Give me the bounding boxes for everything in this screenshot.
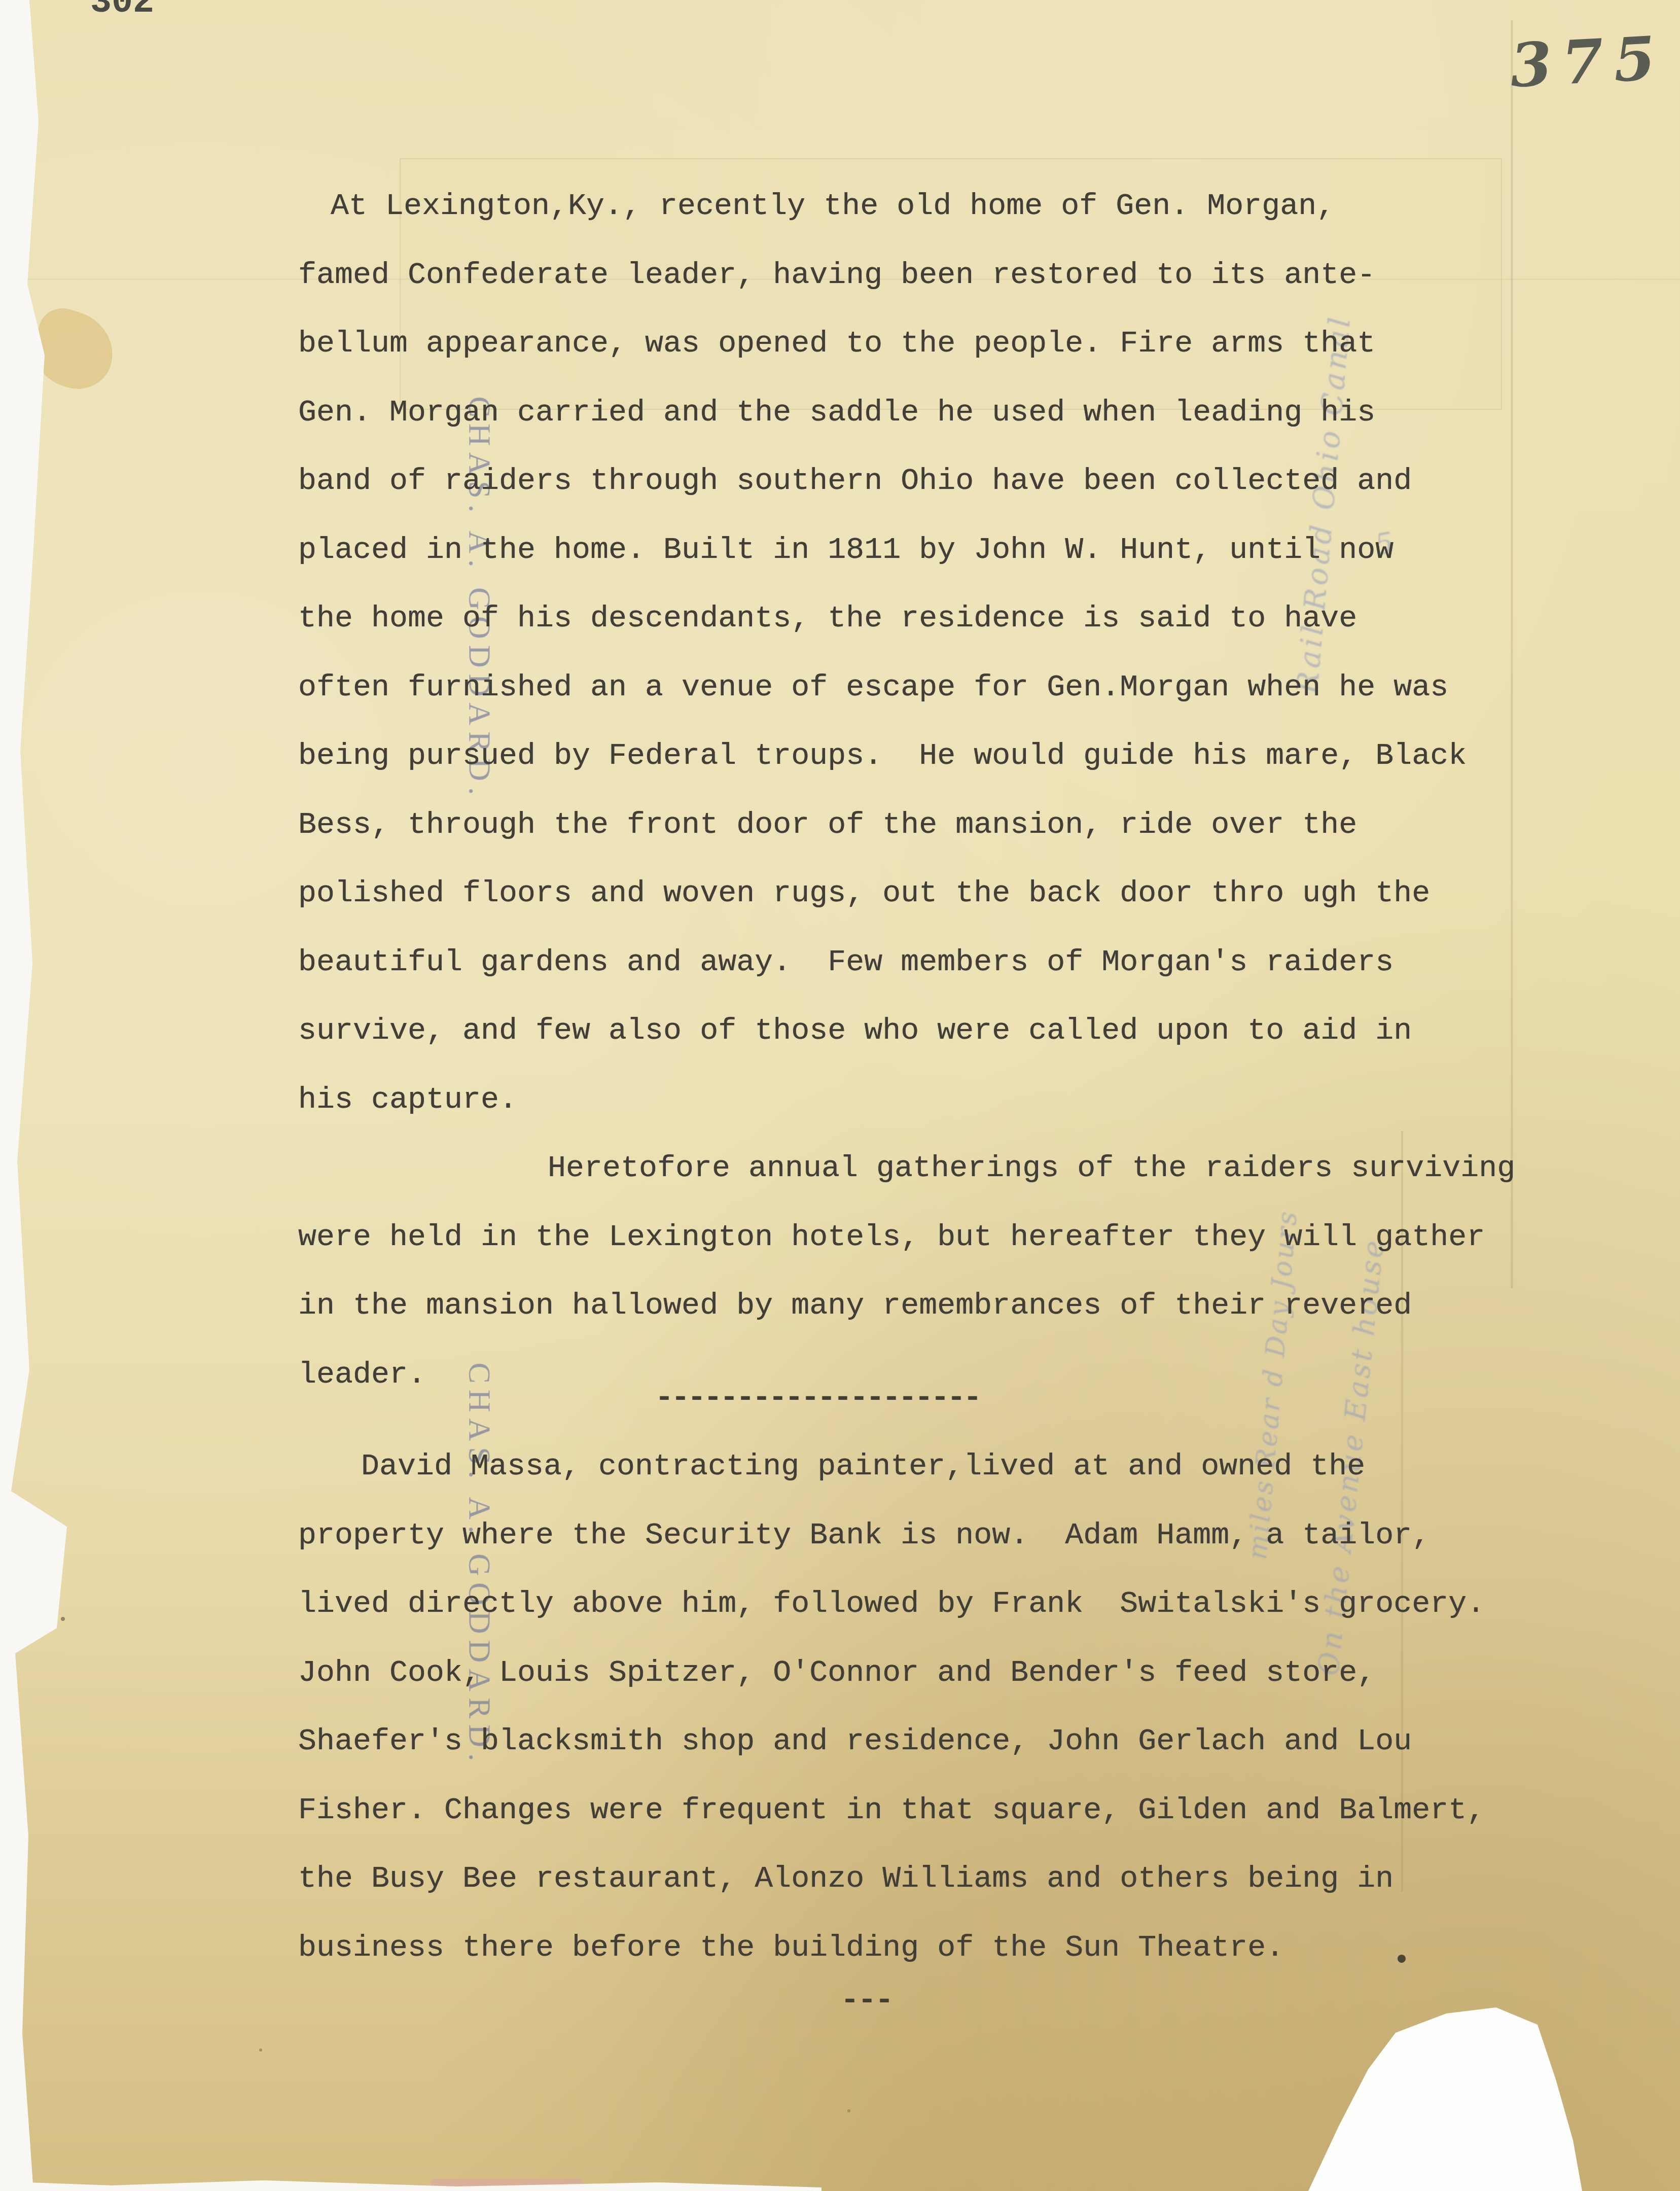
typed-line: Heretofore annual gatherings of the raid… bbox=[298, 1135, 1515, 1204]
typed-line: bellum appearance, was opened to the peo… bbox=[298, 310, 1467, 379]
scanned-document-page: 302 375 CHAS. A. GODDARD. CHAS. A. GODDA… bbox=[0, 0, 1680, 2191]
typed-line: beautiful gardens and away. Few members … bbox=[298, 929, 1467, 998]
typed-paragraph-morgan-home: At Lexington,Ky., recently the old home … bbox=[298, 172, 1467, 1135]
typed-divider-short: --- bbox=[841, 1967, 892, 2036]
typed-line: property where the Security Bank is now.… bbox=[298, 1502, 1485, 1571]
typed-line: David Massa, contracting painter,lived a… bbox=[298, 1433, 1485, 1502]
typed-line: his capture. bbox=[298, 1066, 1467, 1135]
typed-line: in the mansion hallowed by many remembra… bbox=[298, 1272, 1515, 1341]
paper-sheet: 302 375 CHAS. A. GODDARD. CHAS. A. GODDA… bbox=[0, 0, 1680, 2191]
typed-paragraph-david-massa: David Massa, contracting painter,lived a… bbox=[298, 1433, 1485, 1983]
typed-line: Gen. Morgan carried and the saddle he us… bbox=[298, 379, 1467, 448]
typed-line: polished floors and woven rugs, out the … bbox=[298, 860, 1467, 929]
typed-line: Fisher. Changes were frequent in that sq… bbox=[298, 1777, 1485, 1846]
typed-line: survive, and few also of those who were … bbox=[298, 997, 1467, 1066]
typed-line: often furnished an a venue of escape for… bbox=[298, 654, 1467, 723]
typed-divider-long: -------------------- bbox=[655, 1364, 980, 1433]
typed-line: being pursued by Federal troups. He woul… bbox=[298, 722, 1467, 791]
typed-line: John Cook, Louis Spitzer, O'Connor and B… bbox=[298, 1639, 1485, 1708]
typed-line: were held in the Lexington hotels, but h… bbox=[298, 1204, 1515, 1273]
typed-line: Bess, through the front door of the mans… bbox=[298, 791, 1467, 860]
vertical-crease bbox=[1510, 20, 1514, 1288]
typed-line: lived directly above him, followed by Fr… bbox=[298, 1570, 1485, 1639]
typed-line: the home of his descendants, the residen… bbox=[298, 585, 1467, 654]
typed-line: band of raiders through southern Ohio ha… bbox=[298, 447, 1467, 516]
page-number-top-left: 302 bbox=[90, 0, 154, 23]
typed-line: Shaefer's blacksmith shop and residence,… bbox=[298, 1708, 1485, 1777]
page-number-top-right: 375 bbox=[1509, 22, 1667, 101]
ink-speck bbox=[1398, 1955, 1406, 1963]
typed-line: famed Confederate leader, having been re… bbox=[298, 241, 1467, 310]
typed-line: placed in the home. Built in 1811 by Joh… bbox=[298, 516, 1467, 585]
typed-line: At Lexington,Ky., recently the old home … bbox=[298, 172, 1467, 241]
typed-line: the Busy Bee restaurant, Alonzo Williams… bbox=[298, 1845, 1485, 1914]
